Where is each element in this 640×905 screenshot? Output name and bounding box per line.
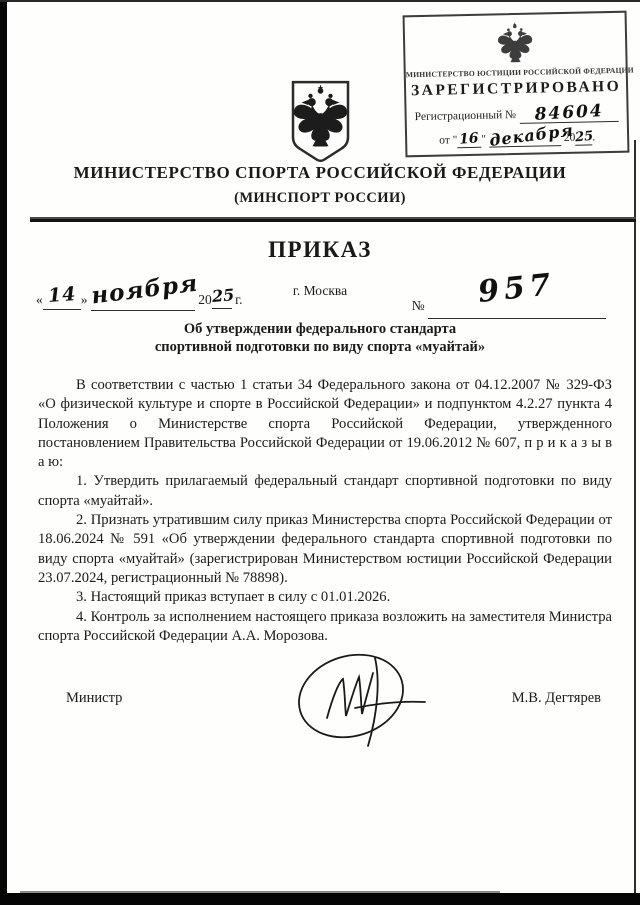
coat-of-arms-icon [283, 77, 358, 166]
scan-edge-left [0, 0, 7, 905]
stamp-eagle-icon [494, 20, 537, 66]
order-item-1: 1. Утвердить прилагаемый федеральный ста… [38, 472, 612, 511]
subject-line-2: спортивной подготовки по виду спорта «му… [0, 339, 640, 357]
stamp-month-handwritten: декабря [488, 120, 575, 150]
order-number: № 957 [412, 283, 606, 319]
stamp-day-blank: 16 [457, 131, 481, 148]
date-number-row: «14» ноября 2025 г. г. Москва № 957 [30, 270, 610, 310]
registration-stamp: МИНИСТЕРСТВО ЮСТИЦИИ РОССИЙСКОЙ ФЕДЕРАЦИ… [403, 11, 630, 158]
order-subject: Об утверждении федерального стандарта сп… [0, 321, 640, 356]
body-intro-paragraph: В соответствии с частью 1 статьи 34 Феде… [38, 376, 612, 472]
stamp-registration-number-row: Регистрационный № 84604 [414, 101, 618, 126]
scan-edge-top [0, 0, 640, 2]
stamp-reg-label: Регистрационный № [415, 109, 517, 123]
order-item-4: 4. Контроль за исполнением настоящего пр… [38, 608, 612, 647]
order-item-2: 2. Признать утратившим силу приказ Минис… [38, 511, 612, 588]
scan-edge-bottom [0, 893, 640, 905]
stamp-year-blank: 25 [575, 129, 592, 145]
order-item-3: 3. Настоящий приказ вступает в силу с 01… [38, 588, 612, 607]
stamp-quote-close: " [481, 134, 486, 146]
header-divider [30, 217, 636, 222]
signer-name: М.В. Дегтярев [512, 690, 601, 707]
stamp-month-blank: декабря [489, 126, 561, 148]
scanned-order-document: МИНИСТЕРСТВО ЮСТИЦИИ РОССИЙСКОЙ ФЕДЕРАЦИ… [0, 0, 640, 905]
ministry-name: МИНИСТЕРСТВО СПОРТА РОССИЙСКОЙ ФЕДЕРАЦИИ [0, 163, 640, 183]
stamp-day-handwritten: 16 [459, 130, 480, 147]
signer-position: Министр [66, 690, 122, 707]
stamp-year-handwritten: 25 [575, 129, 594, 146]
stamp-registered-label: ЗАРЕГИСТРИРОВАНО [406, 78, 626, 101]
number-handwritten: 957 [477, 267, 558, 310]
number-label: № [412, 298, 425, 313]
stamp-date-from: от [439, 134, 450, 146]
number-blank: 957 [428, 283, 606, 319]
ministry-short-name: (МИНСПОРТ РОССИИ) [0, 190, 640, 207]
handwritten-signature-icon [287, 646, 445, 752]
document-type-title: ПРИКАЗ [0, 237, 640, 263]
subject-line-1: Об утверждении федерального стандарта [0, 321, 640, 339]
stamp-ministry-line: МИНИСТЕРСТВО ЮСТИЦИИ РОССИЙСКОЙ ФЕДЕРАЦИ… [406, 66, 626, 80]
stamp-date-row: от "16" декабря 2025. [407, 125, 627, 150]
order-body: В соответствии с частью 1 статьи 34 Феде… [38, 376, 612, 646]
